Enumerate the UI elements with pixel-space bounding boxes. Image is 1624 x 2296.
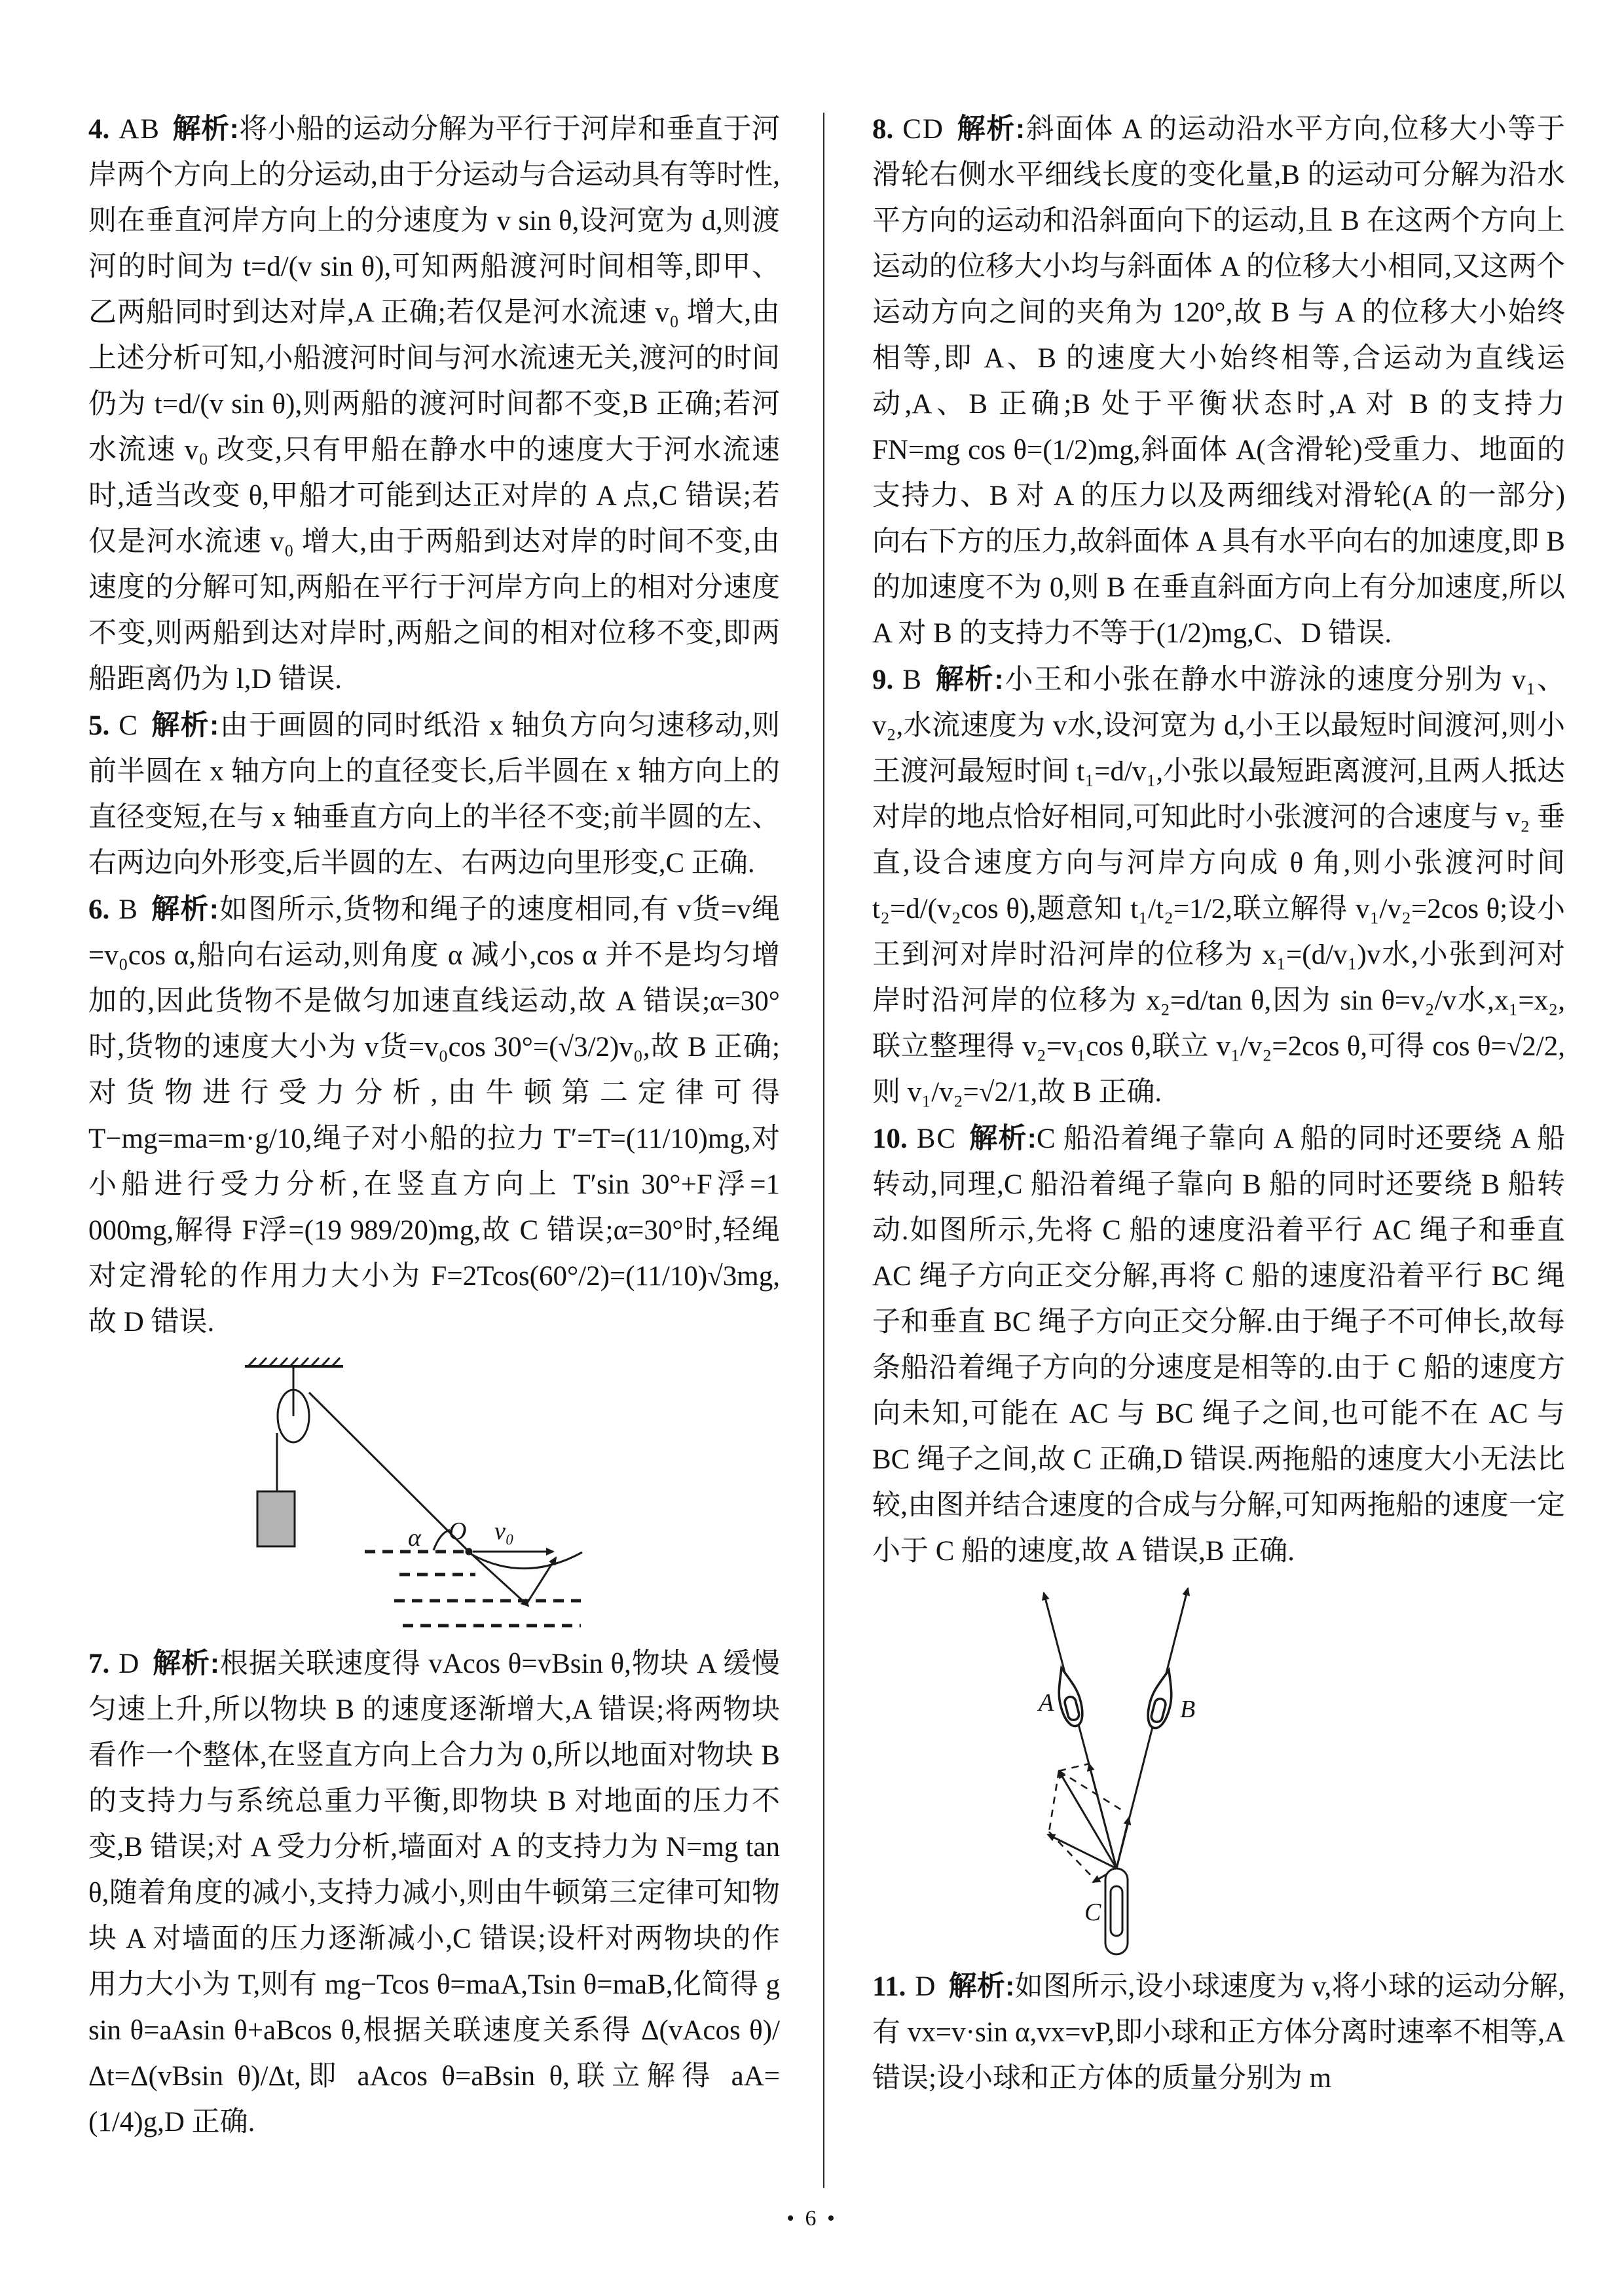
solution-item-10: 10.BC解析:C 船沿着绳子靠向 A 船的同时还要绕 A 船转动,同理,C 船… [872, 1116, 1565, 1575]
column-divider [823, 113, 824, 2188]
solution-text: C 船沿着绳子靠向 A 船的同时还要绕 A 船转动,同理,C 船沿着绳子靠向 B… [872, 1123, 1565, 1567]
ceiling-hatch-icon [245, 1358, 343, 1366]
jiexi-label: 解析: [152, 1648, 219, 1679]
answer-key-page: 4.AB解析:将小船的运动分解为平行于河岸和垂直于河岸两个方向上的分运动,由于分… [0, 0, 1624, 2296]
item-answer: AB [119, 114, 160, 145]
o-label: O [449, 1518, 466, 1545]
boat-b-label: B [1180, 1696, 1195, 1723]
item-number: 5. [88, 710, 109, 741]
boat-c-label: C [1084, 1899, 1101, 1926]
item-answer: CD [902, 114, 944, 145]
water-lines [365, 1552, 581, 1626]
alpha-label: α [408, 1524, 422, 1552]
solution-item-4: 4.AB解析:将小船的运动分解为平行于河岸和垂直于河岸两个方向上的分运动,由于分… [88, 106, 780, 702]
jiexi-label: 解析: [172, 113, 239, 145]
boat-a-label: A [1037, 1689, 1054, 1717]
item-number: 6. [88, 894, 109, 925]
item-number: 7. [88, 1649, 109, 1679]
page-number: • 6 • [0, 2206, 1624, 2231]
boat-b-icon [1144, 1667, 1179, 1730]
solution-item-5: 5.C解析:由于画圆的同时纸沿 x 轴负方向匀速移动,则前半圆在 x 轴方向上的… [88, 702, 780, 886]
alpha-angle-arc [434, 1530, 450, 1550]
item-answer: BC [917, 1123, 957, 1154]
resultant-arrow [526, 1558, 556, 1604]
solution-item-6: 6.B解析:如图所示,货物和绳子的速度相同,有 v货=v绳=v₀cos α,船向… [88, 886, 780, 1345]
left-column: 4.AB解析:将小船的运动分解为平行于河岸和垂直于河岸两个方向上的分运动,由于分… [88, 106, 780, 2145]
item-answer: C [119, 710, 139, 741]
jiexi-label: 解析: [969, 1123, 1037, 1154]
item-answer: B [119, 894, 139, 925]
jiexi-label: 解析: [956, 113, 1025, 145]
item-answer: D [119, 1649, 140, 1679]
weight-block [257, 1491, 295, 1546]
solution-item-9: 9.B解析:小王和小张在静水中游泳的速度分别为 v₁、v₂,水流速度为 v水,设… [872, 657, 1565, 1116]
item-number: 4. [88, 114, 109, 145]
item-number: 8. [872, 114, 893, 145]
solution-text: 将小船的运动分解为平行于河岸和垂直于河岸两个方向上的分运动,由于分运动与合运动具… [88, 114, 780, 695]
component-along-cb-arrow [1116, 1817, 1129, 1868]
solution-item-7: 7.D解析:根据关联速度得 vAcos θ=vBsin θ,物块 A 缓慢匀速上… [88, 1641, 780, 2145]
solution-item-8: 8.CD解析:斜面体 A 的运动沿水平方向,位移大小等于滑轮右侧水平细线长度的变… [872, 106, 1565, 657]
jiexi-label: 解析: [948, 1971, 1014, 2002]
item-number: 10. [872, 1123, 908, 1154]
solution-text: 如图所示,货物和绳子的速度相同,有 v货=v绳=v₀cos α,船向右运动,则角… [88, 894, 780, 1338]
item-answer: B [902, 665, 923, 695]
right-column: 8.CD解析:斜面体 A 的运动沿水平方向,位移大小等于滑轮右侧水平细线长度的变… [872, 106, 1565, 2102]
jiexi-label: 解析: [151, 894, 219, 925]
solution-text: 根据关联速度得 vAcos θ=vBsin θ,物块 A 缓慢匀速上升,所以物块… [88, 1649, 780, 2138]
item-answer: D [915, 1971, 936, 2002]
rope-component-arrow [469, 1552, 528, 1606]
pulley-boat-figure: α O v₀ [234, 1356, 587, 1634]
solution-text: 小王和小张在静水中游泳的速度分别为 v₁、v₂,水流速度为 v水,设河宽为 d,… [872, 665, 1565, 1108]
item-number: 11. [872, 1971, 906, 2002]
v0-label: v₀ [494, 1518, 514, 1545]
boat-a-icon [1052, 1666, 1086, 1728]
jiexi-label: 解析: [934, 664, 1004, 695]
solution-item-11: 11.D解析:如图所示,设小球速度为 v,将小球的运动分解,有 vx=v·sin… [872, 1963, 1565, 2102]
item-number: 9. [872, 665, 893, 695]
jiexi-label: 解析: [151, 710, 219, 741]
solution-text: 斜面体 A 的运动沿水平方向,位移大小等于滑轮右侧水平细线长度的变化量,B 的运… [872, 114, 1565, 649]
rope-line [309, 1393, 469, 1552]
three-boats-figure: A B C [1024, 1580, 1221, 1959]
component-along-ca-arrow [1089, 1764, 1116, 1868]
boat-c-icon [1105, 1868, 1128, 1954]
